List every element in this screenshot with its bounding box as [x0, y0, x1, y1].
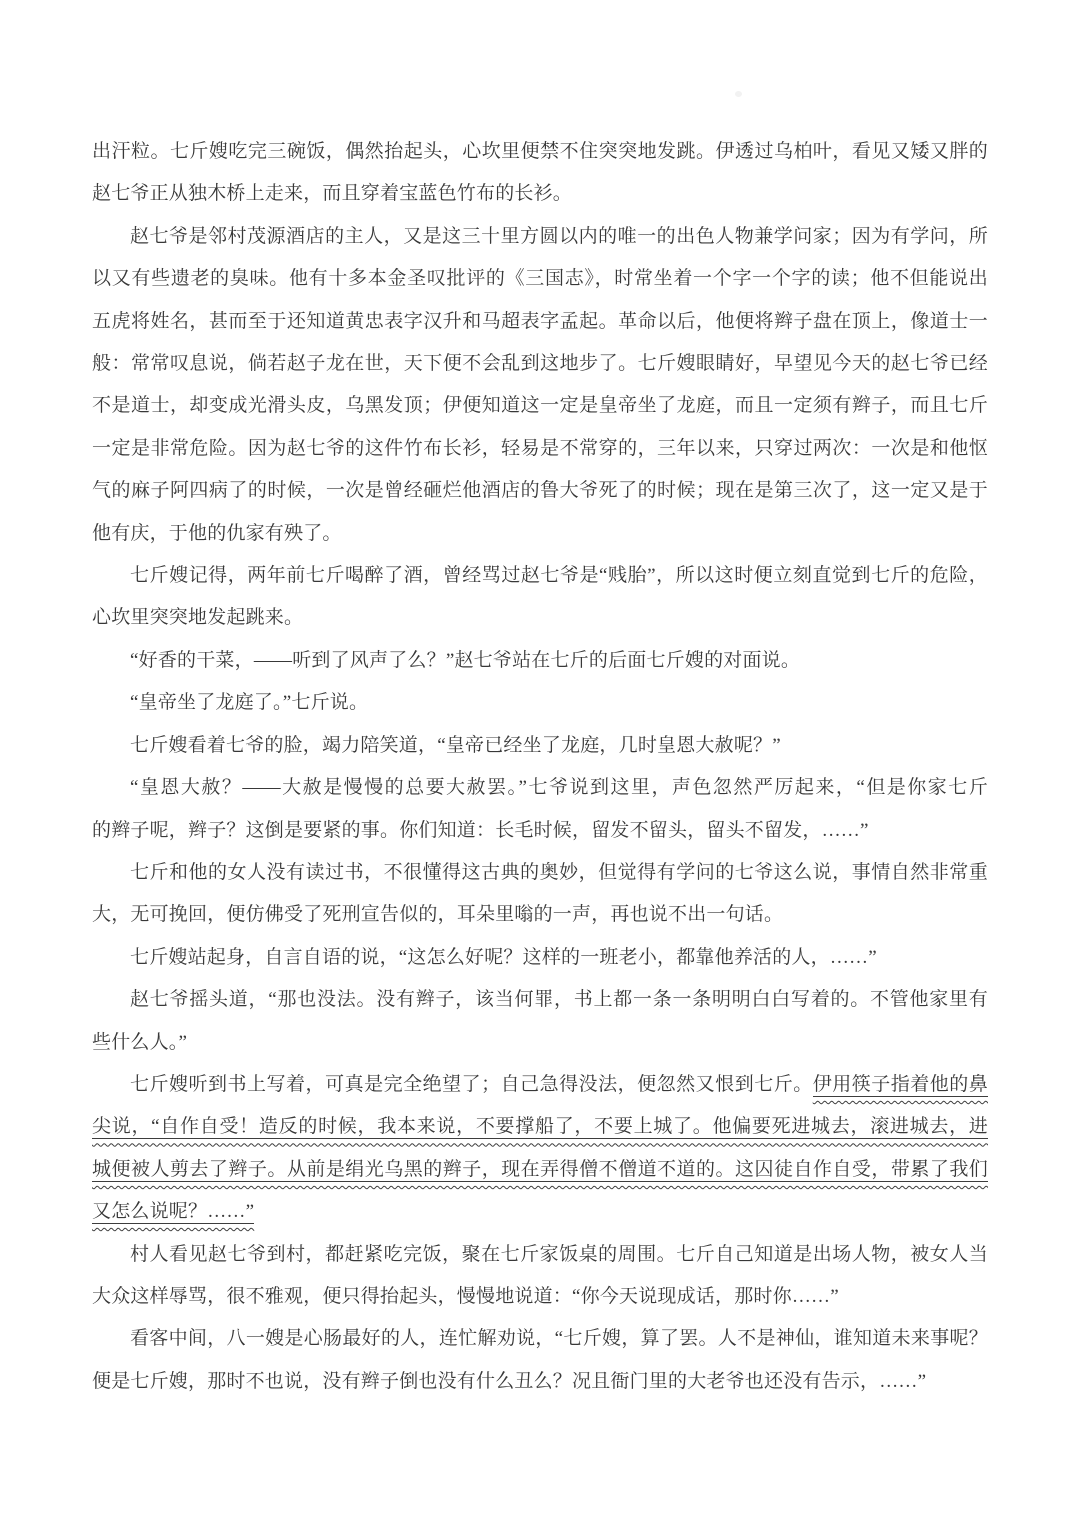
text-line: 七斤嫂听到书上写着，可真是完全绝望了；自己急得没法，便忽然又恨到七斤。伊用筷子指…	[92, 1064, 988, 1106]
text-line: 城便被人剪去了辫子。从前是绢光乌黑的辫子，现在弄得僧不僧道不道的。这囚徒自作自受…	[92, 1149, 988, 1191]
text-line: 赵七爷正从独木桥上走来，而且穿着宝蓝色竹布的长衫。	[92, 173, 988, 215]
text-line: 出汗粒。七斤嫂吃完三碗饭，偶然抬起头，心坎里便禁不住突突地发跳。伊透过乌柏叶，看…	[92, 131, 988, 173]
text-line: 气的麻子阿四病了的时候，一次是曾经砸烂他酒店的鲁大爷死了的时候；现在是第三次了，…	[92, 470, 988, 512]
text-line: 以又有些遗老的臭味。他有十多本金圣叹批评的《三国志》，时常坐着一个字一个字的读；…	[92, 258, 988, 300]
underlined-passage: 城便被人剪去了辫子。从前是绢光乌黑的辫子，现在弄得僧不僧道不道的。这囚徒自作自受…	[92, 1159, 988, 1182]
text-line: 七斤和他的女人没有读过书，不很懂得这古典的奥妙，但觉得有学问的七爷这么说，事情自…	[92, 852, 988, 894]
text-line: 七斤嫂站起身，自言自语的说，“这怎么好呢？这样的一班老小，都靠他养活的人，……”	[92, 937, 988, 979]
document-page: 出汗粒。七斤嫂吃完三碗饭，偶然抬起头，心坎里便禁不住突突地发跳。伊透过乌柏叶，看…	[0, 0, 1080, 1528]
text-line: 不是道士，却变成光滑头皮，乌黑发顶；伊便知道这一定是皇帝坐了龙庭，而且一定须有辫…	[92, 385, 988, 427]
text-line: “皇恩大赦？——大赦是慢慢的总要大赦罢。”七爷说到这里，声色忽然严厉起来，“但是…	[92, 767, 988, 809]
text-line: 村人看见赵七爷到村，都赶紧吃完饭，聚在七斤家饭桌的周围。七斤自己知道是出场人物，…	[92, 1234, 988, 1276]
text-line: 又怎么说呢？……”	[92, 1191, 988, 1233]
text-line: 心坎里突突地发起跳来。	[92, 597, 988, 639]
text-line: 大众这样辱骂，很不雅观，便只得抬起头，慢慢地说道：“你今天说现成话，那时你……”	[92, 1276, 988, 1318]
text-line: “好香的干菜，——听到了风声了么？”赵七爷站在七斤的后面七斤嫂的对面说。	[92, 640, 988, 682]
underlined-passage: 又怎么说呢？……”	[92, 1201, 254, 1224]
text-segment: 七斤嫂听到书上写着，可真是完全绝望了；自己急得没法，便忽然又恨到七斤。	[130, 1074, 813, 1095]
text-line: 看客中间，八一嫂是心肠最好的人，连忙解劝说，“七斤嫂，算了罢。人不是神仙，谁知道…	[92, 1318, 988, 1360]
text-line: 一定是非常危险。因为赵七爷的这件竹布长衫，轻易是不常穿的，三年以来，只穿过两次：…	[92, 428, 988, 470]
underlined-passage: 伊用筷子指着他的鼻	[813, 1074, 988, 1097]
text-line: 的辫子呢，辫子？这倒是要紧的事。你们知道：长毛时候，留发不留头，留头不留发，………	[92, 810, 988, 852]
text-line: “皇帝坐了龙庭了。”七斤说。	[92, 682, 988, 724]
text-line: 赵七爷是邻村茂源酒店的主人，又是这三十里方圆以内的唯一的出色人物兼学问家；因为有…	[92, 216, 988, 258]
text-line: 五虎将姓名，甚而至于还知道黄忠表字汉升和马超表字孟起。革命以后，他便将辫子盘在顶…	[92, 301, 988, 343]
text-line: 些什么人。”	[92, 1022, 988, 1064]
document-text-block: 出汗粒。七斤嫂吃完三碗饭，偶然抬起头，心坎里便禁不住突突地发跳。伊透过乌柏叶，看…	[92, 131, 988, 1403]
text-line: 七斤嫂看着七爷的脸，竭力陪笑道，“皇帝已经坐了龙庭，几时皇恩大赦呢？”	[92, 725, 988, 767]
text-line: 他有庆，于他的仇家有殃了。	[92, 513, 988, 555]
text-line: 赵七爷摇头道，“那也没法。没有辫子，该当何罪，书上都一条一条明明白白写着的。不管…	[92, 979, 988, 1021]
text-line: 七斤嫂记得，两年前七斤喝醉了酒，曾经骂过赵七爷是“贱胎”，所以这时便立刻直觉到七…	[92, 555, 988, 597]
text-line: 尖说，“自作自受！造反的时候，我本来说，不要撑船了，不要上城了。他偏要死进城去，…	[92, 1106, 988, 1148]
text-line: 大，无可挽回，便仿佛受了死刑宣告似的，耳朵里嗡的一声，再也说不出一句话。	[92, 894, 988, 936]
text-line: 般：常常叹息说，倘若赵子龙在世，天下便不会乱到这地步了。七斤嫂眼睛好，早望见今天…	[92, 343, 988, 385]
underlined-passage: 尖说，“自作自受！造反的时候，我本来说，不要撑船了，不要上城了。他偏要死进城去，…	[92, 1116, 988, 1139]
scan-artifact	[735, 91, 742, 97]
text-line: 便是七斤嫂，那时不也说，没有辫子倒也没有什么丑么？况且衙门里的大老爷也还没有告示…	[92, 1361, 988, 1403]
